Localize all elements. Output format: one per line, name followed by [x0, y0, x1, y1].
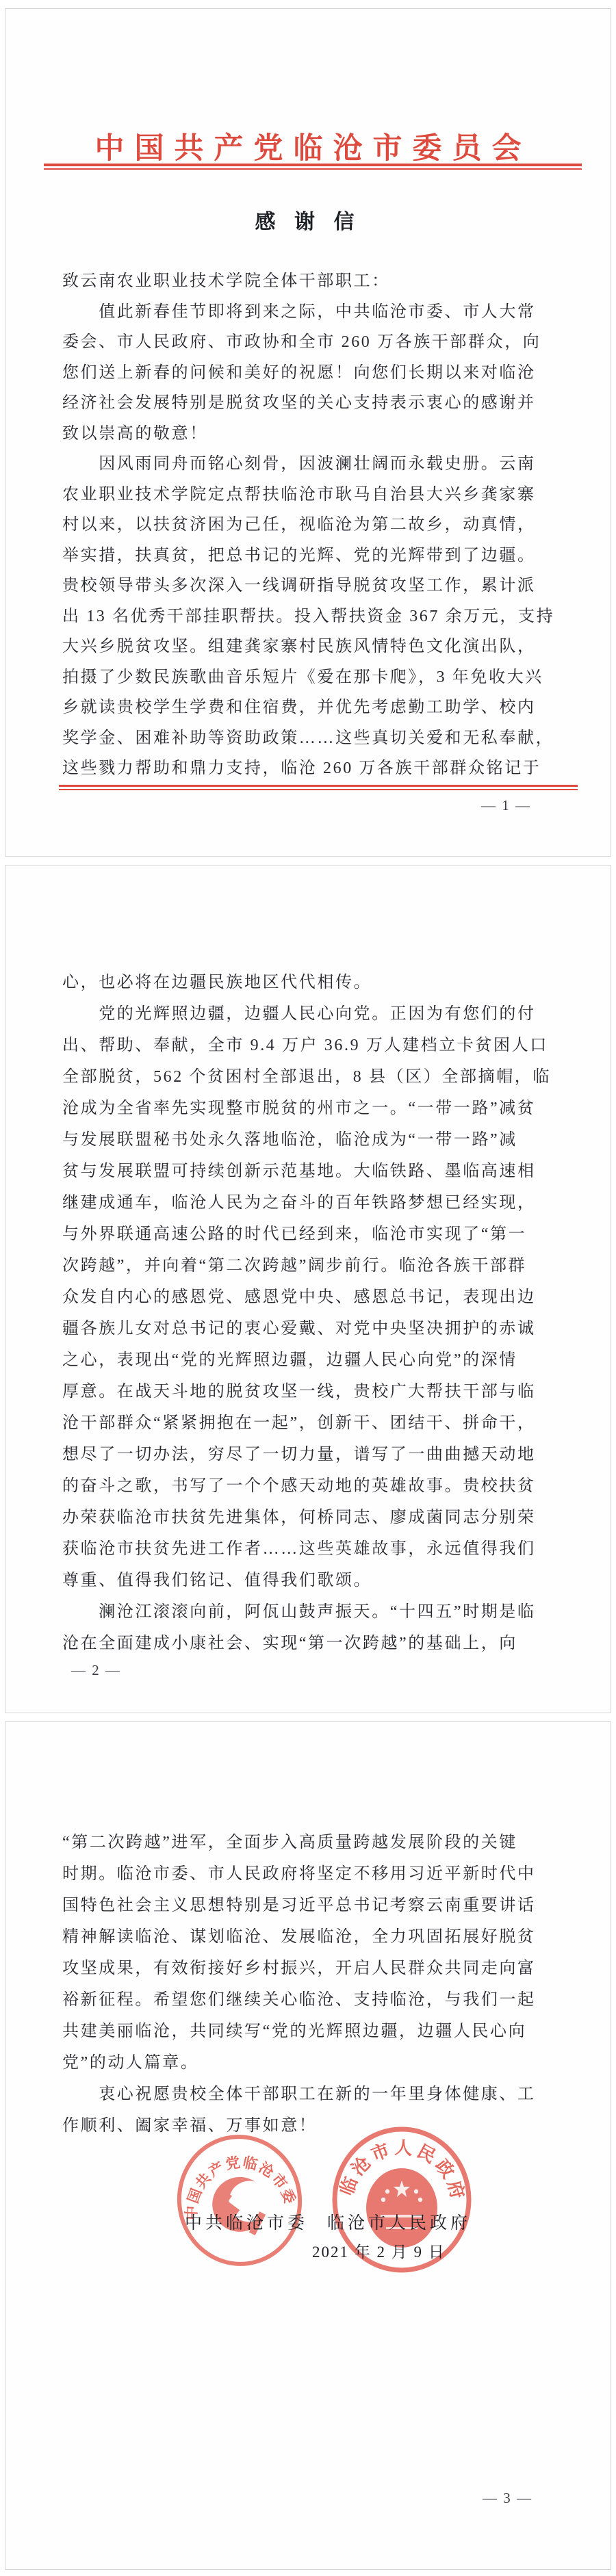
text-line: 致以崇高的敬意！ [62, 419, 557, 450]
text-line: 奖学金、困难补助等资助政策……这些真切关爱和无私奉献， [62, 723, 557, 754]
text-line: 经济社会发展特别是脱贫攻坚的关心支持表示衷心的感谢并 [62, 388, 557, 419]
text-line: 办荣获临沧市扶贫先进集体，何桥同志、廖成菌同志分别荣 [62, 1502, 557, 1533]
text-line: 贫与发展联盟可持续创新示范基地。大临铁路、墨临高速相 [62, 1156, 557, 1187]
text-line: 拍摄了少数民族歌曲音乐短片《爱在那卡爬》，3 年免收大兴 [62, 662, 557, 693]
signature-government: 临沧市人民政府 [327, 2209, 471, 2234]
text-line: 沧成为全省率先实现整市脱贫的州市之一。“一带一路”减贫 [62, 1093, 557, 1124]
page-1-body: 致云南农业职业技术学院全体干部职工： 值此新春佳节即将到来之际，中共临沧市委、市… [5, 266, 611, 784]
footer-divider [59, 785, 578, 790]
text-line: 您们送上新春的问候和美好的祝愿！向您们长期以来对临沧 [62, 358, 557, 389]
text-line: 村以来，以扶贫济困为己任，视临沧为第二故乡，动真情， [62, 510, 557, 541]
text-line: 厚意。在战天斗地的脱贫攻坚一线，贵校广大帮扶干部与临 [62, 1376, 557, 1407]
text-line: 心，也必将在边疆民族地区代代相传。 [62, 967, 557, 998]
page-2: 心，也必将在边疆民族地区代代相传。 党的光辉照边疆，边疆人民心向党。正因为有您们… [5, 865, 611, 1713]
text-line: 大兴乡脱贫攻坚。组建龚家寨村民族风情特色文化演出队， [62, 632, 557, 662]
text-line: 因风雨同舟而铭心刻骨，因波澜壮阔而永载史册。云南 [62, 449, 557, 480]
signature-date: 2021 年 2 月 9 日 [312, 2239, 446, 2262]
text-line: 贵校领导带头多次深入一线调研指导脱贫攻坚工作，累计派 [62, 571, 557, 601]
header-divider [44, 164, 582, 170]
page-number-3: — 3 — [483, 2490, 532, 2507]
text-line: 出 13 名优秀干部挂职帮扶。投入帮扶资金 367 余万元，支持 [62, 601, 557, 632]
text-line: 值此新春佳节即将到来之际，中共临沧市委、市人大常 [62, 297, 557, 328]
text-line: 举实措，扶真贫，把总书记的光辉、党的光辉带到了边疆。 [62, 541, 557, 571]
page-number-1: — 1 — [481, 797, 531, 814]
text-line: 精神解读临沧、谋划临沧、发展临沧，全力巩固拓展好脱贫 [62, 1921, 557, 1953]
page-3: “第二次跨越”进军，全面步入高质量跨越发展阶段的关键时期。临沧市委、市人民政府将… [5, 1721, 611, 2570]
text-line: 出、帮助、奉献，全市 9.4 万户 36.9 万人建档立卡贫困人口 [62, 1030, 557, 1061]
text-line: 致云南农业职业技术学院全体干部职工： [62, 266, 557, 297]
letter-title: 感 谢 信 [5, 205, 611, 235]
text-line: 共建美丽临沧，共同续写“党的光辉照边疆，边疆人民心向 [62, 2016, 557, 2047]
text-line: 之心，表现出“党的光辉照边疆，边疆人民心向党”的深情 [62, 1344, 557, 1376]
text-line: 继建成通车，临沧人民为之奋斗的百年铁路梦想已经实现， [62, 1187, 557, 1219]
text-line: 澜沧江滚滚向前，阿佤山鼓声振天。“十四五”时期是临 [62, 1596, 557, 1628]
text-line: 与发展联盟秘书处永久落地临沧，临沧成为“一带一路”减 [62, 1124, 557, 1156]
text-line: 作顺利、阖家幸福、万事如意！ [62, 2110, 557, 2142]
text-line: 沧干部群众“紧紧拥抱在一起”，创新干、团结干、拼命干， [62, 1407, 557, 1439]
text-line: 获临沧市扶贫先进工作者……这些英雄故事，永远值得我们 [62, 1533, 557, 1565]
text-line: 众发自内心的感恩党、感恩党中央、感恩总书记，表现出边 [62, 1282, 557, 1313]
text-line: 疆各族儿女对总书记的衷心爱戴、对党中央坚决拥护的赤诚 [62, 1313, 557, 1344]
text-line: 党的光辉照边疆，边疆人民心向党。正因为有您们的付 [62, 998, 557, 1030]
text-line: 次跨越”，并向着“第二次跨越”阔步前行。临沧各族干部群 [62, 1250, 557, 1282]
text-line: 乡就读贵校学生学费和住宿费，并优先考虑勤工助学、校内 [62, 692, 557, 723]
text-line: 委会、市人民政府、市政协和全市 260 万各族干部群众，向 [62, 327, 557, 358]
text-line: 这些戮力帮助和鼎力支持，临沧 260 万各族干部群众铭记于 [62, 753, 557, 784]
text-line: 与外界联通高速公路的时代已经到来，临沧市实现了“第一 [62, 1219, 557, 1250]
page-3-body: “第二次跨越”进军，全面步入高质量跨越发展阶段的关键时期。临沧市委、市人民政府将… [5, 1827, 611, 2142]
text-line: 沧在全面建成小康社会、实现“第一次跨越”的基础上，向 [62, 1628, 557, 1659]
text-line: 党”的动人篇章。 [62, 2047, 557, 2079]
text-line: 裕新征程。希望您们继续关心临沧、支持临沧，与我们一起 [62, 1984, 557, 2016]
text-line: 的奋斗之歌，书写了一个个感天动地的英雄故事。贵校扶贫 [62, 1470, 557, 1502]
party-committee-seal: 中国共产党临沧市委员会 [167, 2125, 311, 2276]
scanned-letter: 中国共产党临沧市委员会 感 谢 信 致云南农业职业技术学院全体干部职工： 值此新… [0, 0, 616, 2576]
text-line: 衷心祝愿贵校全体干部职工在新的一年里身体健康、工 [62, 2079, 557, 2110]
text-line: 尊重、值得我们铭记、值得我们歌颂。 [62, 1565, 557, 1596]
signature-party: 中共临沧市委 [185, 2209, 308, 2234]
text-line: “第二次跨越”进军，全面步入高质量跨越发展阶段的关键 [62, 1827, 557, 1858]
page-1: 中国共产党临沧市委员会 感 谢 信 致云南农业职业技术学院全体干部职工： 值此新… [5, 8, 611, 857]
page-number-2: — 2 — [71, 1662, 121, 1679]
text-line: 农业职业技术学院定点帮扶临沧市耿马自治县大兴乡龚家寨 [62, 480, 557, 510]
page-2-body: 心，也必将在边疆民族地区代代相传。 党的光辉照边疆，边疆人民心向党。正因为有您们… [5, 967, 611, 1659]
text-line: 全部脱贫，562 个贫困村全部退出，8 县（区）全部摘帽，临 [62, 1061, 557, 1093]
text-line: 攻坚成果，有效衔接好乡村振兴，开启人民群众共同走向富 [62, 1953, 557, 1984]
signature-row: 中共临沧市委 临沧市人民政府 [5, 2209, 611, 2233]
text-line: 想尽了一切办法，穷尽了一切力量，谱写了一曲曲撼天动地 [62, 1439, 557, 1470]
org-header: 中国共产党临沧市委员会 [5, 125, 611, 167]
text-line: 时期。临沧市委、市人民政府将坚定不移用习近平新时代中 [62, 1858, 557, 1890]
text-line: 国特色社会主义思想特别是习近平总书记考察云南重要讲话 [62, 1890, 557, 1921]
national-emblem-icon [366, 2168, 437, 2248]
